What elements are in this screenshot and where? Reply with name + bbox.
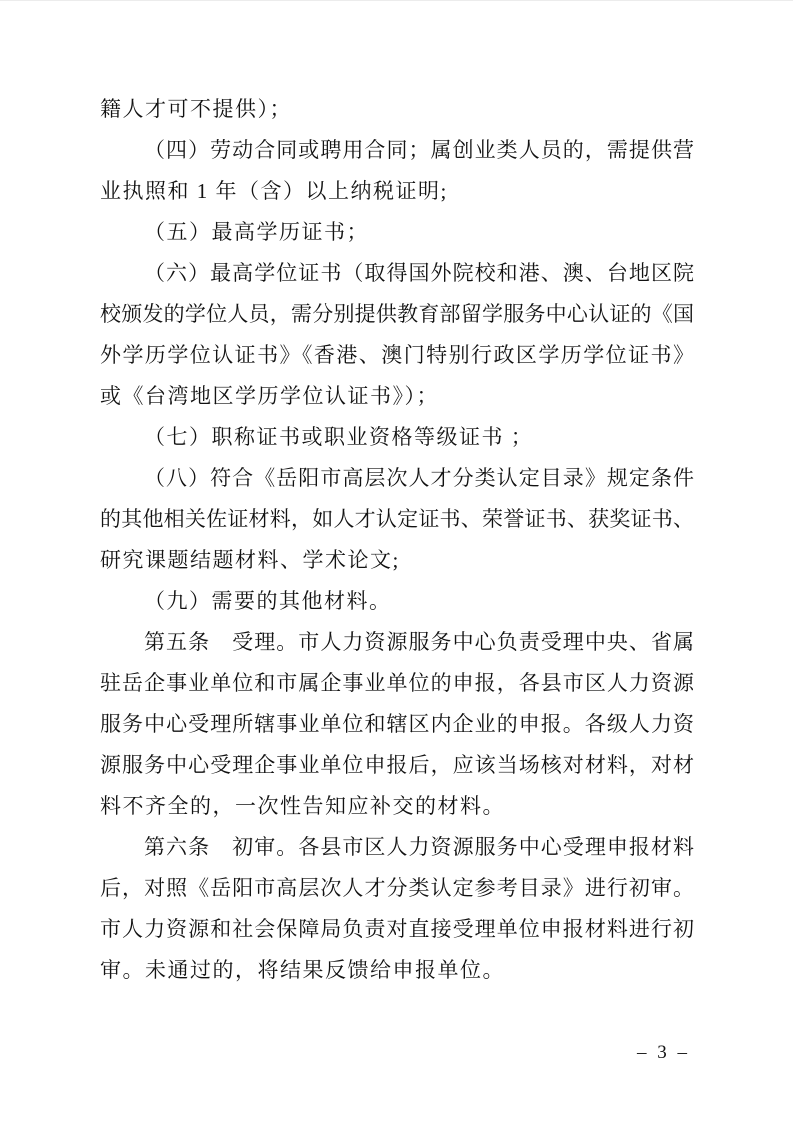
text-line: （四）劳动合同或聘用合同；属创业类人员的，需提供营	[100, 130, 694, 171]
text-line: （七）职称证书或职业资格等级证书 ；	[100, 417, 694, 458]
text-line: 研究课题结题材料、学术论文;	[100, 540, 694, 581]
text-line: （五）最高学历证书；	[100, 212, 694, 253]
text-line: 第六条 初审。各县市区人力资源服务中心受理申报材料	[100, 827, 694, 868]
text-line: 后，对照《岳阳市高层次人才分类认定参考目录》进行初审。	[100, 868, 694, 909]
text-line: 审。未通过的，将结果反馈给申报单位。	[100, 950, 694, 991]
text-line: （八）符合《岳阳市高层次人才分类认定目录》规定条件	[100, 458, 694, 499]
text-line: 第五条 受理。市人力资源服务中心负责受理中央、省属	[100, 622, 694, 663]
text-line: 市人力资源和社会保障局负责对直接受理单位申报材料进行初	[100, 909, 694, 950]
text-line: 外学历学位认证书》《香港、澳门特别行政区学历学位证书》	[100, 335, 694, 376]
text-line: （六）最高学位证书（取得国外院校和港、澳、台地区院	[100, 253, 694, 294]
text-line: 籍人才可不提供）；	[100, 89, 694, 130]
text-line: 服务中心受理所辖事业单位和辖区内企业的申报。各级人力资	[100, 704, 694, 745]
text-line: 驻岳企事业单位和市属企事业单位的申报，各县市区人力资源	[100, 663, 694, 704]
text-line: 料不齐全的，一次性告知应补交的材料。	[100, 786, 694, 827]
document-page: 籍人才可不提供）；（四）劳动合同或聘用合同；属创业类人员的，需提供营业执照和 1…	[0, 0, 793, 1122]
text-line: （九）需要的其他材料。	[100, 581, 694, 622]
text-line: 或《台湾地区学历学位认证书》）；	[100, 376, 694, 417]
page-number: – 3 –	[637, 1039, 690, 1067]
text-line: 源服务中心受理企事业单位申报后，应该当场核对材料，对材	[100, 745, 694, 786]
text-line: 业执照和 1 年（含）以上纳税证明;	[100, 171, 694, 212]
document-body: 籍人才可不提供）；（四）劳动合同或聘用合同；属创业类人员的，需提供营业执照和 1…	[100, 89, 694, 991]
text-line: 校颁发的学位人员，需分别提供教育部留学服务中心认证的《国	[100, 294, 694, 335]
text-line: 的其他相关佐证材料，如人才认定证书、荣誉证书、获奖证书、	[100, 499, 694, 540]
